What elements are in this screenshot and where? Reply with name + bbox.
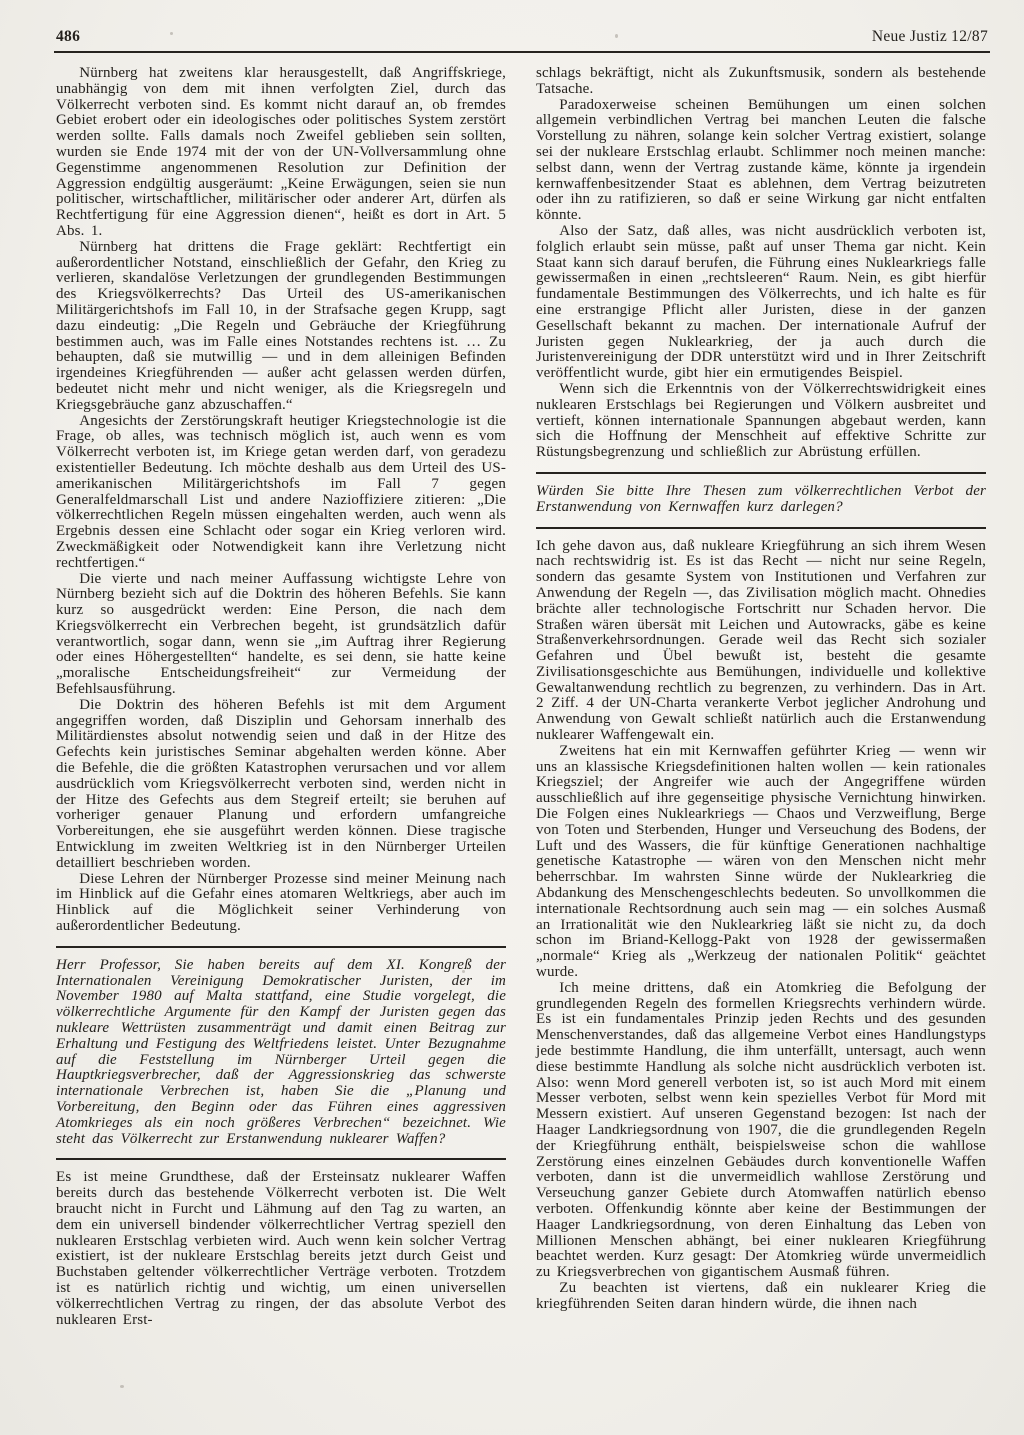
paragraph: Nürnberg hat zweitens klar herausgestell…	[56, 66, 506, 240]
paragraph: Paradoxerweise scheinen Bemühungen um ei…	[536, 98, 986, 224]
section-divider	[56, 946, 506, 948]
scan-speck	[462, 970, 465, 973]
interview-question: Würden Sie bitte Ihre Thesen zum völkerr…	[536, 484, 986, 516]
left-column: Nürnberg hat zweitens klar herausgestell…	[56, 66, 506, 1328]
page-number: 486	[56, 28, 80, 46]
scan-speck	[120, 1385, 124, 1388]
paragraph: Die vierte und nach meiner Auffassung wi…	[56, 572, 506, 698]
paragraph: Also der Satz, daß alles, was nicht ausd…	[536, 224, 986, 382]
paragraph: Zu beachten ist viertens, daß ein nuklea…	[536, 1281, 986, 1313]
section-divider	[536, 472, 986, 474]
right-column: schlags bekräftigt, nicht als Zukunftsmu…	[536, 66, 986, 1328]
page-header: 486 Neue Justiz 12/87	[0, 0, 1024, 51]
paragraph: Angesichts der Zerstörungskraft heutiger…	[56, 414, 506, 572]
scanned-journal-page: 486 Neue Justiz 12/87 Nürnberg hat zweit…	[0, 0, 1024, 1435]
question-text: Würden Sie bitte Ihre Thesen zum völkerr…	[536, 484, 986, 516]
paragraph: Die Doktrin des höheren Befehls ist mit …	[56, 698, 506, 872]
section-divider	[536, 527, 986, 529]
paragraph: schlags bekräftigt, nicht als Zukunftsmu…	[536, 66, 986, 98]
paragraph: Wenn sich die Erkenntnis von der Völkerr…	[536, 382, 986, 461]
scan-speck	[170, 32, 173, 35]
paragraph: Diese Lehren der Nürnberger Prozesse sin…	[56, 872, 506, 935]
paragraph: Ich meine drittens, daß ein Atomkrieg di…	[536, 981, 986, 1281]
journal-title: Neue Justiz 12/87	[872, 28, 988, 46]
paragraph: Nürnberg hat drittens die Frage geklärt:…	[56, 240, 506, 414]
paragraph: Ich gehe davon aus, daß nukleare Kriegfü…	[536, 539, 986, 744]
scan-speck	[615, 34, 618, 38]
paragraph: Es ist meine Grundthese, daß der Erstein…	[56, 1170, 506, 1328]
question-text: Herr Professor, Sie haben bereits auf de…	[56, 958, 506, 1148]
paragraph: Zweitens hat ein mit Kernwaffen geführte…	[536, 744, 986, 981]
section-divider	[56, 1158, 506, 1160]
article-body: Nürnberg hat zweitens klar herausgestell…	[0, 53, 1024, 1328]
interview-question: Herr Professor, Sie haben bereits auf de…	[56, 958, 506, 1148]
